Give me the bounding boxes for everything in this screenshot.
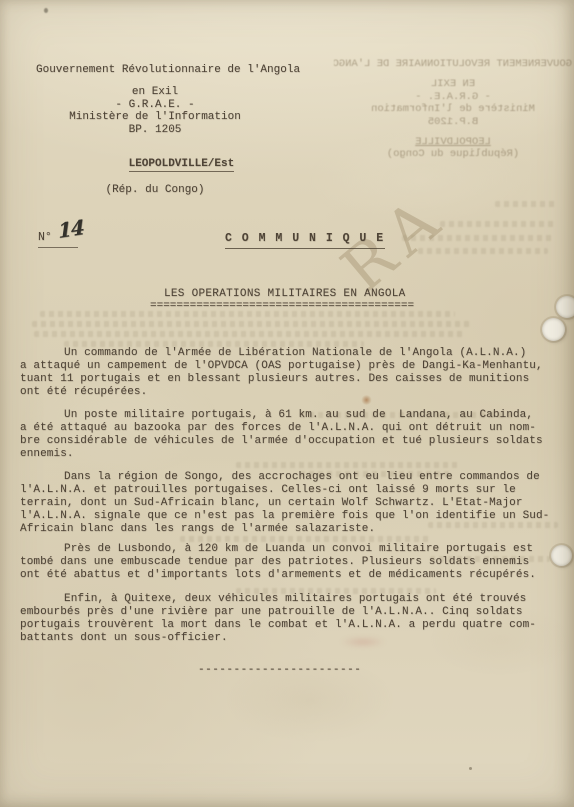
document-title: C O M M U N I Q U E [225,232,385,249]
paragraph-line: terrain, dont un Sud-Africain blanc, un … [20,497,560,510]
org-po-box: BP. 1205 [36,124,274,137]
paragraph-line: portugais trouvèrent la mort dans le com… [20,619,560,632]
paragraph: Un commando de l'Armée de Libération Nat… [20,347,560,399]
subject-heading-rule: ======================================== [150,300,414,312]
bleedthrough-trace [402,235,554,241]
letterhead-block: en Exil - G.R.A.E. - Ministère de l'Info… [36,86,274,197]
paragraph: Enfin, à Quitexe, deux véhicules militai… [20,593,560,645]
bleedthrough-line: Ministère de l'Information [334,103,572,115]
bleedthrough-line: LEOPOLDVILLE [334,136,572,148]
bleedthrough-trace [34,331,464,337]
org-acronym: - G.R.A.E. - [36,99,274,112]
paragraph-line: battants dont un sous-officier. [20,632,560,645]
paragraph-line: Enfin, à Quitexe, deux véhicules militai… [20,593,560,606]
paragraph-line: tuant 11 portugais et en blessant plusie… [20,373,560,386]
letterhead: Gouvernement Révolutionnaire de l'Angola… [36,64,304,197]
org-exile: en Exil [36,86,274,99]
communique-number-handwritten: 14 [58,215,85,243]
bleedthrough-trace [495,201,555,207]
org-city-wrap: LEOPOLDVILLE/Est [36,140,274,184]
bleedthrough-line: EN EXIL [334,78,572,90]
bleedthrough-trace [418,248,548,254]
bleedthrough-letterhead: GOUVERNEMENT REVOLUTIONNAIRE DE L'ANGOLA… [334,58,572,161]
paragraph-line: a attaqué un campement de l'OPVDCA (OAS … [20,360,560,373]
paragraph-line: ont été abattus et d'importants lots d'a… [20,569,560,582]
scanned-document-page: GOUVERNEMENT REVOLUTIONNAIRE DE L'ANGOLA… [0,0,574,807]
punch-hole [556,296,574,318]
paragraph-line: ennemis. [20,448,560,461]
bleedthrough-trace [236,462,461,468]
subject-heading: LES OPERATIONS MILITAIRES EN ANGOLA [164,288,406,300]
punch-hole [542,318,565,341]
paragraph-line: embourbés près d'une rivière par une pat… [20,606,560,619]
paragraph-line: Près de Lusbondo, à 120 km de Luanda un … [20,543,560,556]
closing-rule: ----------------------- [198,664,361,676]
paragraph-line: Africain blanc dans les rangs de l'armée… [20,523,560,536]
paragraph-line: ont été récupérées. [20,386,560,399]
bleedthrough-trace [32,321,472,327]
paragraph-line: a été attaqué au bazooka par des forces … [20,422,560,435]
paper-speck [469,767,472,770]
org-city: LEOPOLDVILLE/Est [129,158,235,172]
paragraph-line: Dans la région de Songo, des accrochages… [20,471,560,484]
org-country: (Rép. du Congo) [36,184,274,197]
paragraph-line: l'A.L.N.A. et patrouilles portugaises. C… [20,484,560,497]
punch-hole [551,545,572,566]
paragraph-line: Un poste militaire portugais, à 61 km. a… [20,409,560,422]
paragraph-line: l'A.L.N.A. signale que ce n'est pas la p… [20,510,560,523]
paragraph: Près de Lusbondo, à 120 km de Luanda un … [20,543,560,582]
org-ministry: Ministère de l'Information [36,111,274,124]
bleedthrough-trace [180,536,430,542]
bleedthrough-line: B.P.1205 [334,116,572,128]
bleedthrough-line: GOUVERNEMENT REVOLUTIONNAIRE DE L'ANGOLA [334,58,572,70]
paragraph-line: bre considérable de véhicules de l'armée… [20,435,560,448]
paragraph-line: tombé dans une embuscade tendue par des … [20,556,560,569]
paragraph: Un poste militaire portugais, à 61 km. a… [20,409,560,461]
paragraph-line: Un commando de l'Armée de Libération Nat… [20,347,560,360]
bleedthrough-line: - G.R.A.E. - [334,91,572,103]
org-name: Gouvernement Révolutionnaire de l'Angola [36,64,304,77]
bleedthrough-trace [440,221,555,227]
paragraph: Dans la région de Songo, des accrochages… [20,471,560,536]
bleedthrough-line: (République du Congo) [334,148,572,160]
paper-speck [44,8,48,13]
